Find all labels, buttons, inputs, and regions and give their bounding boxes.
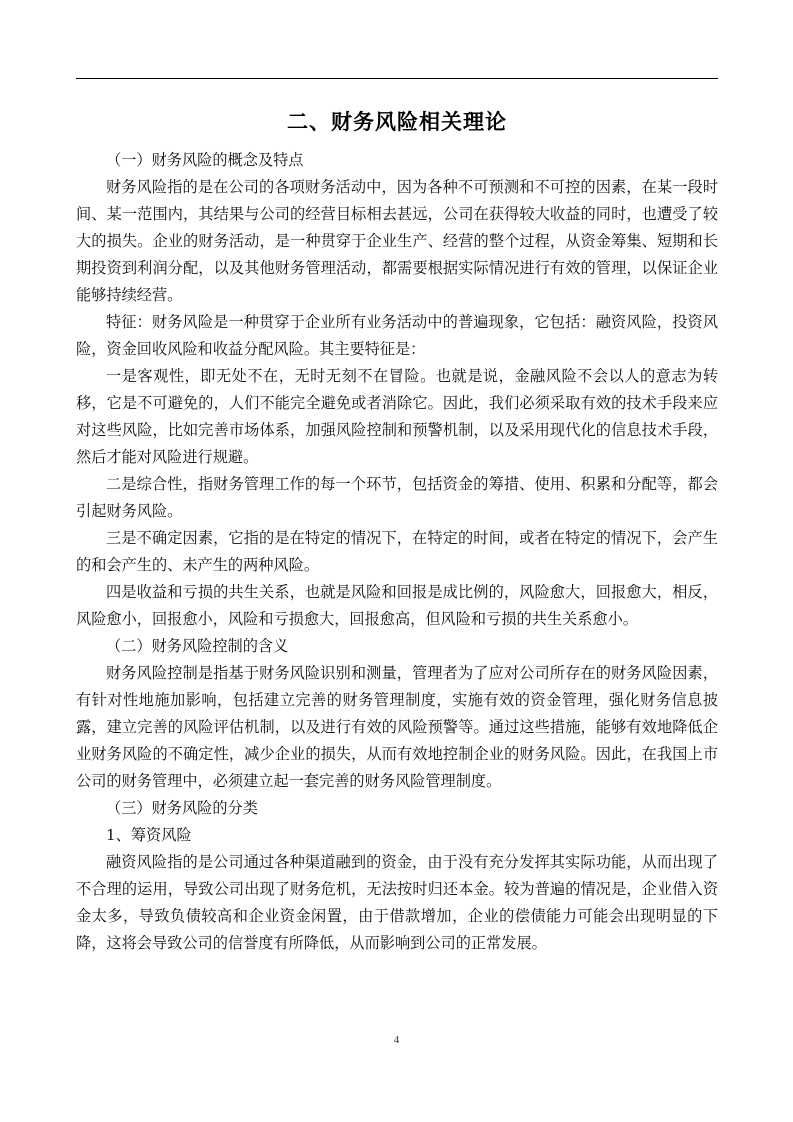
paragraph-feature-uncertainty: 三是不确定因素，它指的是在特定的情况下，在特定的时间，或者在特定的情况下，会产生… — [76, 525, 718, 579]
paragraph-control-definition: 财务风险控制是指基于财务风险识别和测量，管理者为了应对公司所存在的财务风险因素，… — [76, 660, 718, 795]
document-page: 二、财务风险相关理论 （一）财务风险的概念及特点 财务风险指的是在公司的各项财务… — [0, 0, 793, 1122]
header-rule — [76, 78, 718, 79]
paragraph-feature-objectivity: 一是客观性，即无处不在，无时无刻不在冒险。也就是说，金融风险不会以人的意志为转移… — [76, 363, 718, 471]
paragraph-financing-risk: 融资风险指的是公司通过各种渠道融到的资金，由于没有充分发挥其实际功能，从而出现了… — [76, 849, 718, 957]
page-number: 4 — [0, 1034, 793, 1046]
section-heading-control: （二）财务风险控制的含义 — [76, 633, 718, 660]
chapter-title: 二、财务风险相关理论 — [76, 104, 718, 140]
page-content: 二、财务风险相关理论 （一）财务风险的概念及特点 财务风险指的是在公司的各项财务… — [76, 104, 718, 957]
section-heading-concept: （一）财务风险的概念及特点 — [76, 147, 718, 174]
section-heading-classification: （三）财务风险的分类 — [76, 795, 718, 822]
paragraph-definition: 财务风险指的是在公司的各项财务活动中，因为各种不可预测和不可控的因素，在某一段时… — [76, 174, 718, 309]
paragraph-feature-comprehensiveness: 二是综合性，指财务管理工作的每一个环节，包括资金的筹措、使用、积累和分配等，都会… — [76, 471, 718, 525]
paragraph-features-intro: 特征：财务风险是一种贯穿于企业所有业务活动中的普遍现象，它包括：融资风险，投资风… — [76, 309, 718, 363]
subsection-heading-financing-risk: 1、筹资风险 — [76, 822, 718, 849]
paragraph-feature-symbiosis: 四是收益和亏损的共生关系，也就是风险和回报是成比例的，风险愈大，回报愈大，相反，… — [76, 579, 718, 633]
